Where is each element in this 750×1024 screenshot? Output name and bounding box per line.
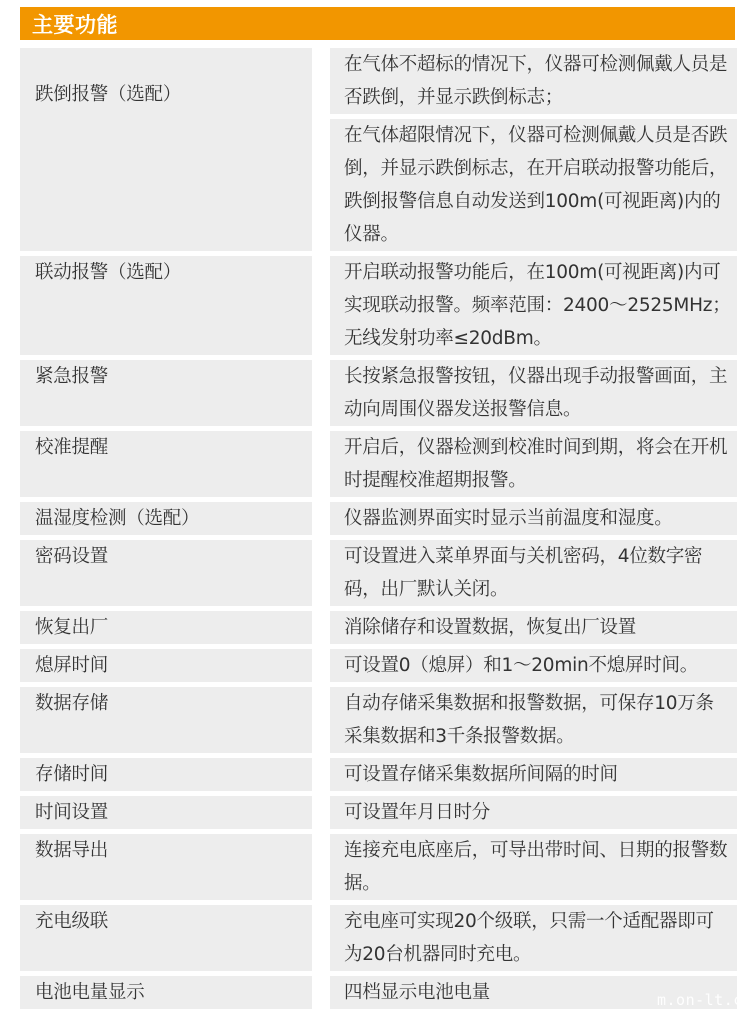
feature-description-group: 长按紧急报警按钮，仪器出现手动报警画面，主动向周围仪器发送报警信息。 (330, 360, 737, 426)
feature-description-cell: 在气体不超标的情况下，仪器可检测佩戴人员是否跌倒，并显示跌倒标志； (330, 48, 737, 114)
feature-description-group: 仪器监测界面实时显示当前温度和湿度。 (330, 502, 737, 535)
feature-name-cell: 密码设置 (20, 540, 312, 606)
feature-description-cell: 可设置年月日时分 (330, 796, 737, 829)
table-row: 温湿度检测（选配） 仪器监测界面实时显示当前温度和湿度。 (20, 502, 737, 535)
feature-name-cell: 紧急报警 (20, 360, 312, 426)
feature-description-cell: 仪器监测界面实时显示当前温度和湿度。 (330, 502, 737, 535)
feature-description-cell: 充电座可实现20个级联，只需一个适配器即可为20台机器同时充电。 (330, 905, 737, 971)
feature-description-cell: 开启联动报警功能后，在100m(可视距离)内可实现联动报警。频率范围：2400～… (330, 256, 737, 355)
feature-name-cell: 温湿度检测（选配） (20, 502, 312, 535)
feature-description-cell: 自动存储采集数据和报警数据，可保存10万条采集数据和3千条报警数据。 (330, 687, 737, 753)
feature-description-group: 开启联动报警功能后，在100m(可视距离)内可实现联动报警。频率范围：2400～… (330, 256, 737, 355)
feature-name-cell: 跌倒报警（选配） (20, 48, 312, 251)
feature-description-group: 可设置0（熄屏）和1～20min不熄屏时间。 (330, 649, 737, 682)
feature-description-cell: 开启后，仪器检测到校准时间到期，将会在开机时提醒校准超期报警。 (330, 431, 737, 497)
table-row: 校准提醒 开启后，仪器检测到校准时间到期，将会在开机时提醒校准超期报警。 (20, 431, 737, 497)
feature-name-cell: 熄屏时间 (20, 649, 312, 682)
feature-description-cell: 在气体超限情况下，仪器可检测佩戴人员是否跌倒，并显示跌倒标志，在开启联动报警功能… (330, 119, 737, 251)
table-row: 电池电量显示 四档显示电池电量 (20, 976, 737, 1009)
table-row: 充电级联 充电座可实现20个级联，只需一个适配器即可为20台机器同时充电。 (20, 905, 737, 971)
feature-description-cell: 可设置0（熄屏）和1～20min不熄屏时间。 (330, 649, 737, 682)
feature-name-cell: 恢复出厂 (20, 611, 312, 644)
table-row: 时间设置 可设置年月日时分 (20, 796, 737, 829)
section-header: 主要功能 (20, 7, 735, 40)
feature-description-group: 消除储存和设置数据，恢复出厂设置 (330, 611, 737, 644)
feature-description-cell: 连接充电底座后，可导出带时间、日期的报警数据。 (330, 834, 737, 900)
feature-description-cell: 长按紧急报警按钮，仪器出现手动报警画面，主动向周围仪器发送报警信息。 (330, 360, 737, 426)
page: 主要功能 跌倒报警（选配） 在气体不超标的情况下，仪器可检测佩戴人员是否跌倒，并… (0, 0, 750, 1024)
feature-name-cell: 校准提醒 (20, 431, 312, 497)
table-row: 熄屏时间 可设置0（熄屏）和1～20min不熄屏时间。 (20, 649, 737, 682)
feature-name-cell: 数据存储 (20, 687, 312, 753)
feature-description-group: 可设置存储采集数据所间隔的时间 (330, 758, 737, 791)
feature-description-cell: 可设置进入菜单界面与关机密码，4位数字密码，出厂默认关闭。 (330, 540, 737, 606)
table-row: 存储时间 可设置存储采集数据所间隔的时间 (20, 758, 737, 791)
table-row: 紧急报警 长按紧急报警按钮，仪器出现手动报警画面，主动向周围仪器发送报警信息。 (20, 360, 737, 426)
feature-description-group: 可设置进入菜单界面与关机密码，4位数字密码，出厂默认关闭。 (330, 540, 737, 606)
feature-description-group: 可设置年月日时分 (330, 796, 737, 829)
feature-description-group: 在气体不超标的情况下，仪器可检测佩戴人员是否跌倒，并显示跌倒标志； 在气体超限情… (330, 48, 737, 251)
section-title: 主要功能 (32, 9, 118, 39)
feature-name-cell: 时间设置 (20, 796, 312, 829)
feature-description-group: 自动存储采集数据和报警数据，可保存10万条采集数据和3千条报警数据。 (330, 687, 737, 753)
watermark-text: m.on-lt.co (657, 991, 750, 1009)
table-row: 数据存储 自动存储采集数据和报警数据，可保存10万条采集数据和3千条报警数据。 (20, 687, 737, 753)
feature-description-cell: 可设置存储采集数据所间隔的时间 (330, 758, 737, 791)
table-row: 联动报警（选配） 开启联动报警功能后，在100m(可视距离)内可实现联动报警。频… (20, 256, 737, 355)
feature-description-group: 开启后，仪器检测到校准时间到期，将会在开机时提醒校准超期报警。 (330, 431, 737, 497)
feature-name-cell: 存储时间 (20, 758, 312, 791)
feature-name-cell: 联动报警（选配） (20, 256, 312, 355)
table-row: 恢复出厂 消除储存和设置数据，恢复出厂设置 (20, 611, 737, 644)
feature-description-cell: 消除储存和设置数据，恢复出厂设置 (330, 611, 737, 644)
table-row: 密码设置 可设置进入菜单界面与关机密码，4位数字密码，出厂默认关闭。 (20, 540, 737, 606)
feature-name-cell: 充电级联 (20, 905, 312, 971)
feature-description-group: 充电座可实现20个级联，只需一个适配器即可为20台机器同时充电。 (330, 905, 737, 971)
table-row: 数据导出 连接充电底座后，可导出带时间、日期的报警数据。 (20, 834, 737, 900)
features-table: 跌倒报警（选配） 在气体不超标的情况下，仪器可检测佩戴人员是否跌倒，并显示跌倒标… (20, 48, 737, 1009)
feature-name-cell: 数据导出 (20, 834, 312, 900)
feature-description-group: 连接充电底座后，可导出带时间、日期的报警数据。 (330, 834, 737, 900)
table-row: 跌倒报警（选配） 在气体不超标的情况下，仪器可检测佩戴人员是否跌倒，并显示跌倒标… (20, 48, 737, 251)
feature-name-cell: 电池电量显示 (20, 976, 312, 1009)
